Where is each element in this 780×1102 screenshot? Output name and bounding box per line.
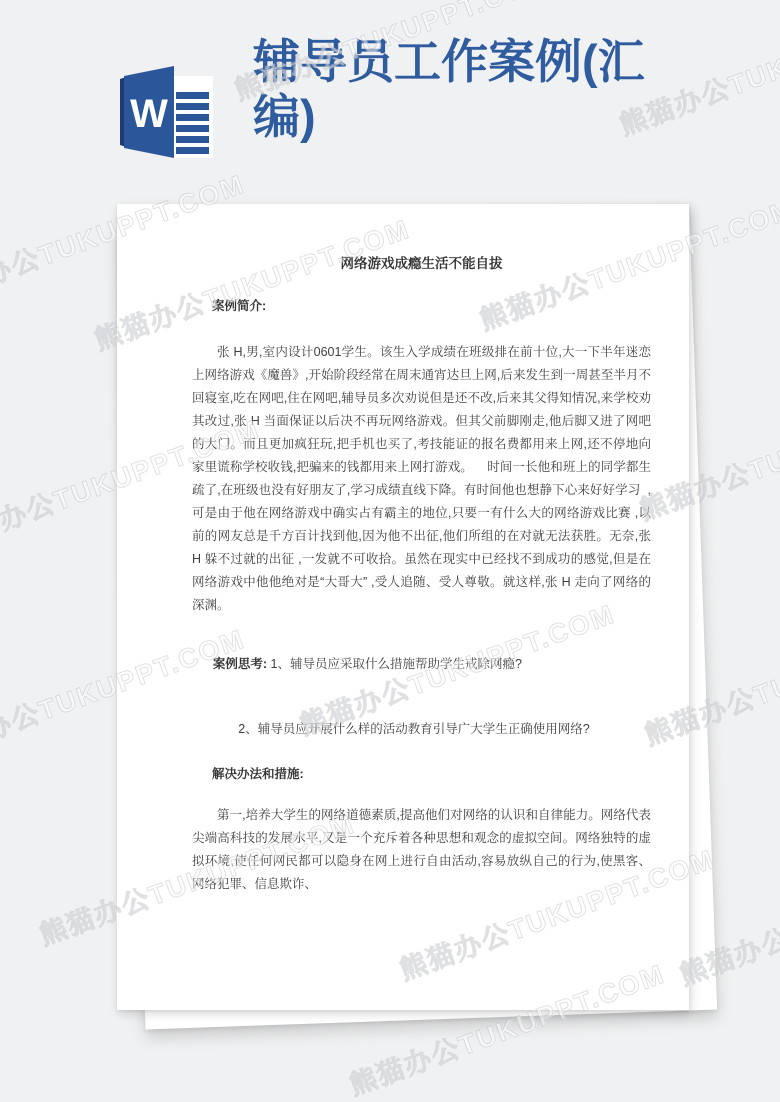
page-background: W 辅导员工作案例(汇编) 网络游戏成瘾生活不能自拔 案例简介: 张 H,男,室… [0,0,780,1102]
section-heading-intro: 案例简介: [192,298,651,314]
header: W 辅导员工作案例(汇编) [0,0,780,180]
document-title: 网络游戏成瘾生活不能自拔 [192,256,651,272]
word-file-icon-svg: W [118,62,218,162]
word-icon-letter: W [130,92,168,136]
solution-paragraph: 第一,培养大学生的网络道德素质,提高他们对网络的认识和自律能力。网络代表尖端高科… [192,804,651,896]
page-title: 辅导员工作案例(汇编) [253,34,677,144]
intro-paragraph: 张 H,男,室内设计0601学生。该生入学成绩在班级排在前十位,大一下半年迷恋上… [192,341,651,617]
section-heading-solution: 解决办法和措施: [192,766,651,782]
question-2: 2、辅导员应开展什么样的活动教育引导广大学生正确使用网络? [192,718,651,741]
word-file-icon: W [118,62,218,162]
think-line: 案例思考: 1、辅导员应采取什么措施帮助学生戒除网瘾? [192,630,651,699]
document-preview-page: 网络游戏成瘾生活不能自拔 案例简介: 张 H,男,室内设计0601学生。该生入学… [117,204,689,1010]
section-heading-think: 案例思考: [213,657,267,671]
question-1: 1、辅导员应采取什么措施帮助学生戒除网瘾? [267,657,522,671]
